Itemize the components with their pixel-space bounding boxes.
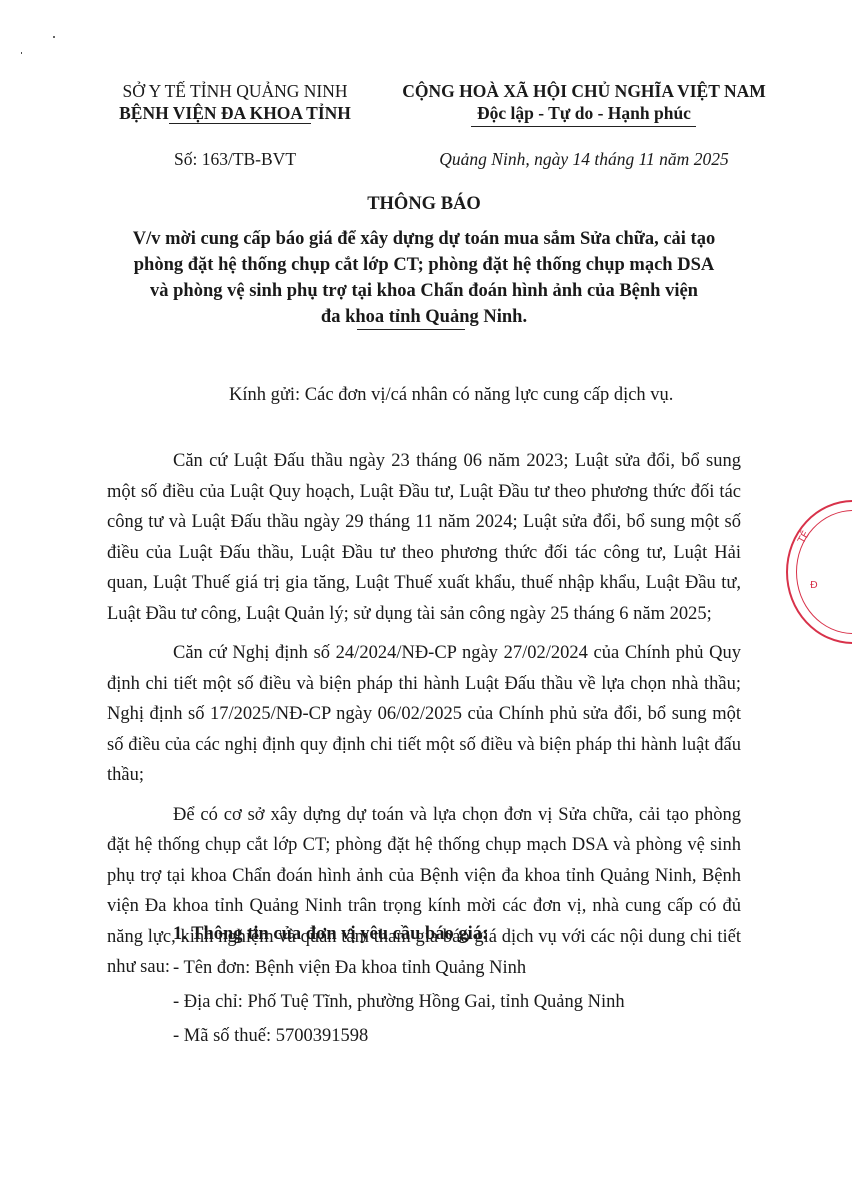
decree-basis-paragraph: Căn cứ Nghị định số 24/2024/NĐ-CP ngày 2… — [107, 638, 741, 791]
recipient-line: Kính gửi: Các đơn vị/cá nhân có năng lực… — [229, 385, 673, 406]
subject-line: và phòng vệ sinh phụ trợ tại khoa Chẩn đ… — [107, 278, 741, 304]
place-date: Quảng Ninh, ngày 14 tháng 11 năm 2025 — [398, 148, 770, 170]
national-motto: Độc lập - Tự do - Hạnh phúc — [398, 102, 770, 124]
subject-line: phòng đặt hệ thống chụp cắt lớp CT; phòn… — [107, 252, 741, 278]
ministry-name: SỞ Y TẾ TỈNH QUẢNG NINH — [110, 80, 360, 102]
stamp-text: Đ — [810, 580, 818, 591]
organization-underline — [169, 123, 311, 124]
country-name: CỘNG HOÀ XÃ HỘI CHỦ NGHĨA VIỆT NAM — [398, 80, 770, 102]
legal-basis-paragraph: Căn cứ Luật Đấu thầu ngày 23 tháng 06 nă… — [107, 446, 741, 629]
document-number: Số: 163/TB-BVT — [110, 148, 360, 170]
official-stamp: TẾ Đ — [786, 500, 852, 644]
organization-name: BỆNH VIỆN ĐA KHOA TỈNH — [110, 102, 360, 124]
stamp-inner-ring — [796, 510, 852, 634]
section-1-heading: 1. Thông tin của đơn vị yêu cầu báo giá: — [173, 916, 488, 952]
requester-tax-code: - Mã số thuế: 5700391598 — [173, 1018, 368, 1054]
document-subject: V/v mời cung cấp báo giá để xây dựng dự … — [107, 226, 741, 330]
scan-speck — [53, 36, 55, 38]
requester-name: - Tên đơn: Bệnh viện Đa khoa tỉnh Quảng … — [173, 950, 526, 986]
subject-line: V/v mời cung cấp báo giá để xây dựng dự … — [107, 226, 741, 252]
requester-address: - Địa chỉ: Phố Tuệ Tĩnh, phường Hồng Gai… — [173, 984, 625, 1020]
motto-underline — [471, 126, 696, 127]
subject-underline — [357, 329, 465, 330]
document-title: THÔNG BÁO — [107, 194, 741, 215]
scan-speck — [21, 52, 22, 54]
subject-line: đa khoa tỉnh Quảng Ninh. — [107, 304, 741, 330]
document-body: Căn cứ Luật Đấu thầu ngày 23 tháng 06 nă… — [107, 446, 741, 992]
